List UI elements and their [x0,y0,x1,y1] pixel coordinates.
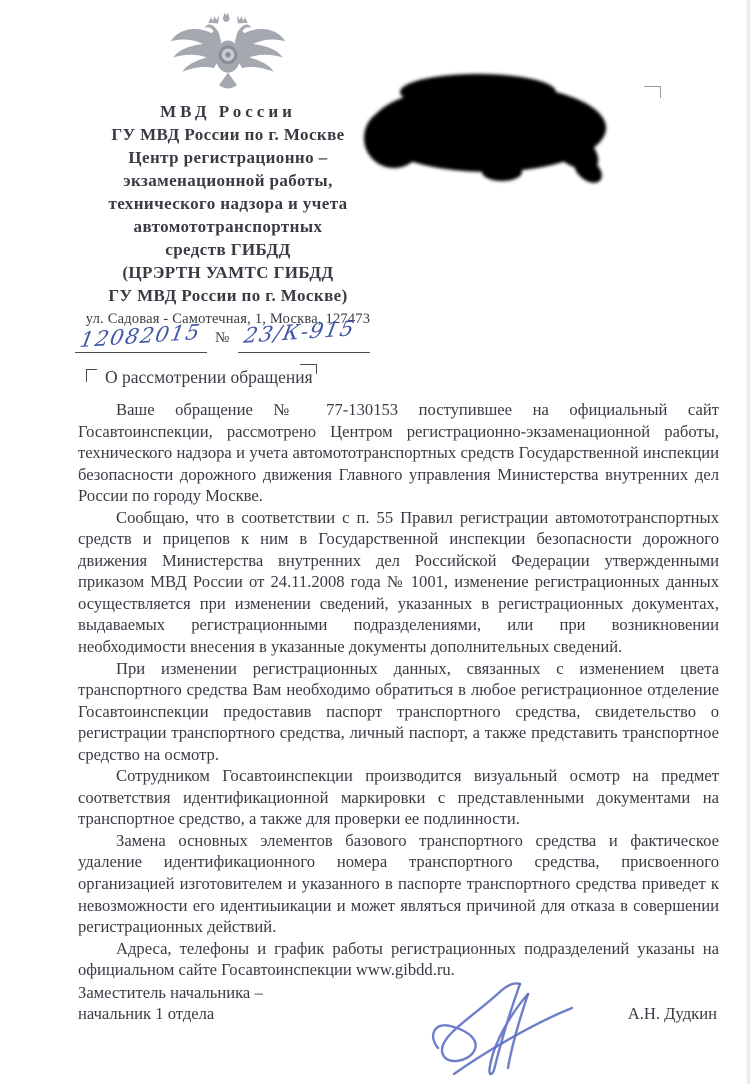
org-name-line: экзаменационной работы, [52,169,404,192]
org-abbrev-line: ГУ МВД России по г. Москве) [52,284,404,307]
subject-line: О рассмотрении обращения [86,366,313,388]
org-name-line: Центр регистрационно – [52,146,404,169]
corner-mark-left [86,369,97,382]
scan-edge-shadow [745,0,750,1084]
signer-name: А.Н. Дудкин [628,1003,719,1025]
handwritten-signature [424,978,576,1080]
signoff-block: Заместитель начальника – начальник 1 отд… [78,982,719,1025]
org-name-line: автомототранспортных [52,215,404,238]
handwritten-date: 12082015 [78,320,203,352]
org-name-line: ГУ МВД России по г. Москве [52,123,404,146]
number-sign: № [215,330,229,347]
org-name-line: технического надзора и учета [52,192,404,215]
redaction-marker [360,66,616,194]
corner-mark-right [300,364,317,374]
corner-mark-top-right [644,86,661,98]
handwritten-number: 23/К-915 [242,316,357,348]
paragraph: Сотрудником Госавтоинспекции производитс… [78,765,719,830]
reference-line: 12082015 № 23/К-915 [75,318,385,358]
letterhead: МВД России ГУ МВД России по г. Москве Це… [52,8,404,329]
paragraph: При изменении регистрационных данных, св… [78,658,719,766]
paragraph: Адреса, телефоны и график работы регистр… [78,938,719,981]
signer-position-line2: начальник 1 отдела [78,1003,214,1025]
org-abbrev-line: (ЦРЭРТН УАМТС ГИБДД [52,261,404,284]
org-name-line: МВД России [52,100,404,123]
signer-position-line1: Заместитель начальника – [78,982,719,1004]
subject-text: О рассмотрении обращения [105,367,313,387]
mvd-eagle-emblem [169,8,287,98]
scanned-letter-page: МВД России ГУ МВД России по г. Москве Це… [0,0,750,1084]
date-underline [75,352,207,353]
org-name-line: средств ГИБДД [52,238,404,261]
paragraph: Ваше обращение № 77-130153 поступившее н… [78,399,719,507]
letter-body: Ваше обращение № 77-130153 поступившее н… [78,399,719,1025]
paragraph: Сообщаю, что в соответствии с п. 55 Прав… [78,507,719,658]
number-underline [238,352,370,353]
paragraph: Замена основных элементов базового транс… [78,830,719,938]
